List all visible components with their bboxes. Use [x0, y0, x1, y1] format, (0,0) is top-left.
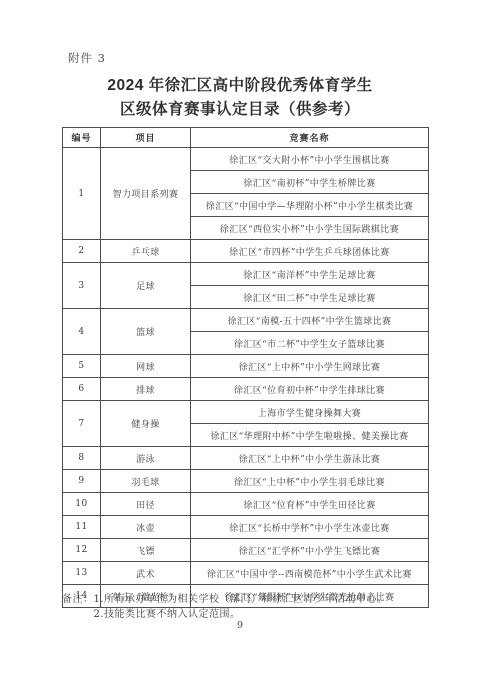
notes-label: 备注：	[62, 592, 94, 622]
competition-name-cell: 徐汇区“华理附中杯”中学生啦啦操、健美操比赛	[191, 424, 429, 447]
project-cell: 飞镖	[101, 539, 191, 562]
table-row: 1智力项目系列赛徐汇区“交大附小杯”中小学生围棋比赛	[63, 148, 429, 171]
competition-name-cell: 徐汇区“市四杯”中学生乒乓球团体比赛	[191, 240, 429, 263]
project-cell: 健身操	[101, 401, 191, 447]
competition-name-cell: 徐汇区“南洋杯”中学生足球比赛	[191, 263, 429, 286]
competition-name-cell: 徐汇区“汇学杯”中小学生飞镖比赛	[191, 539, 429, 562]
note-line: 1.所有承办单位为相关学校（部门）和徐汇区青少年活动中心。	[94, 592, 433, 607]
project-cell: 游泳	[101, 447, 191, 470]
page-number: 9	[0, 620, 480, 631]
project-cell: 网球	[101, 355, 191, 378]
row-number-cell: 10	[63, 493, 101, 516]
header-competition-name: 竞赛名称	[191, 128, 429, 148]
row-number-cell: 11	[63, 516, 101, 539]
competition-name-cell: 徐汇区“上中杯”中小学生游泳比赛	[191, 447, 429, 470]
competition-name-cell: 徐汇区“位育杯”中学生田径比赛	[191, 493, 429, 516]
competition-name-cell: 徐汇区“西位实小杯”中小学生国际跳棋比赛	[191, 217, 429, 240]
table-row: 11冰壶徐汇区“长桥中学杯”中小学生冰壶比赛	[63, 516, 429, 539]
competition-name-cell: 徐汇区“长桥中学杯”中小学生冰壶比赛	[191, 516, 429, 539]
competition-name-cell: 徐汇区“交大附小杯”中小学生围棋比赛	[191, 148, 429, 171]
notes-block: 备注： 1.所有承办单位为相关学校（部门）和徐汇区青少年活动中心。2.技能类比赛…	[62, 592, 432, 622]
competition-name-cell: 徐汇区“田二杯”中学生足球比赛	[191, 286, 429, 309]
catalog-table-body: 1智力项目系列赛徐汇区“交大附小杯”中小学生围棋比赛徐汇区“南初杯”中学生桥牌比…	[63, 148, 429, 608]
row-number-cell: 5	[63, 355, 101, 378]
table-row: 13武术徐汇区“中国中学--西南模范杯”中小学生武术比赛	[63, 562, 429, 585]
project-cell: 羽毛球	[101, 470, 191, 493]
row-number-cell: 7	[63, 401, 101, 447]
notes-list: 1.所有承办单位为相关学校（部门）和徐汇区青少年活动中心。2.技能类比赛不纳入认…	[94, 592, 433, 622]
row-number-cell: 12	[63, 539, 101, 562]
row-number-cell: 6	[63, 378, 101, 401]
row-number-cell: 3	[63, 263, 101, 309]
competition-name-cell: 徐汇区“市二杯”中学生女子篮球比赛	[191, 332, 429, 355]
project-cell: 冰壶	[101, 516, 191, 539]
table-header-row: 编号 项目 竞赛名称	[63, 128, 429, 148]
competition-name-cell: 上海市学生健身操舞大赛	[191, 401, 429, 424]
attachment-label: 附件 3	[68, 50, 106, 66]
table-row: 12飞镖徐汇区“汇学杯”中小学生飞镖比赛	[63, 539, 429, 562]
table-row: 2乒乓球徐汇区“市四杯”中学生乒乓球团体比赛	[63, 240, 429, 263]
document-title: 2024 年徐汇区高中阶段优秀体育学生 区级体育赛事认定目录（供参考）	[0, 74, 480, 122]
project-cell: 乒乓球	[101, 240, 191, 263]
row-number-cell: 13	[63, 562, 101, 585]
title-line-2: 区级体育赛事认定目录（供参考）	[0, 98, 480, 122]
document-page: 附件 3 2024 年徐汇区高中阶段优秀体育学生 区级体育赛事认定目录（供参考）…	[0, 0, 480, 679]
table-row: 10田径徐汇区“位育杯”中学生田径比赛	[63, 493, 429, 516]
project-cell: 篮球	[101, 309, 191, 355]
row-number-cell: 2	[63, 240, 101, 263]
competition-name-cell: 徐汇区“上中杯”中小学生羽毛球比赛	[191, 470, 429, 493]
table-row: 9羽毛球徐汇区“上中杯”中小学生羽毛球比赛	[63, 470, 429, 493]
competition-name-cell: 徐汇区“上中杯”中小学生网球比赛	[191, 355, 429, 378]
competition-name-cell: 徐汇区“南模-五十四杯”中学生篮球比赛	[191, 309, 429, 332]
table-row: 7健身操上海市学生健身操舞大赛	[63, 401, 429, 424]
row-number-cell: 4	[63, 309, 101, 355]
competition-name-cell: 徐汇区“南初杯”中学生桥牌比赛	[191, 171, 429, 194]
row-number-cell: 9	[63, 470, 101, 493]
project-cell: 武术	[101, 562, 191, 585]
title-line-1: 2024 年徐汇区高中阶段优秀体育学生	[0, 74, 480, 98]
table-row: 6排球徐汇区“位育初中杯”中学生排球比赛	[63, 378, 429, 401]
competition-name-cell: 徐汇区“中国中学—华理附小杯”中小学生棋类比赛	[191, 194, 429, 217]
header-project: 项目	[101, 128, 191, 148]
project-cell: 足球	[101, 263, 191, 309]
row-number-cell: 1	[63, 148, 101, 240]
competition-catalog-table: 编号 项目 竞赛名称 1智力项目系列赛徐汇区“交大附小杯”中小学生围棋比赛徐汇区…	[62, 127, 429, 608]
table-row: 3足球徐汇区“南洋杯”中学生足球比赛	[63, 263, 429, 286]
table-row: 5网球徐汇区“上中杯”中小学生网球比赛	[63, 355, 429, 378]
table-row: 4篮球徐汇区“南模-五十四杯”中学生篮球比赛	[63, 309, 429, 332]
header-number: 编号	[63, 128, 101, 148]
project-cell: 田径	[101, 493, 191, 516]
row-number-cell: 8	[63, 447, 101, 470]
table-row: 8游泳徐汇区“上中杯”中小学生游泳比赛	[63, 447, 429, 470]
project-cell: 智力项目系列赛	[101, 148, 191, 240]
project-cell: 排球	[101, 378, 191, 401]
competition-name-cell: 徐汇区“中国中学--西南模范杯”中小学生武术比赛	[191, 562, 429, 585]
competition-name-cell: 徐汇区“位育初中杯”中学生排球比赛	[191, 378, 429, 401]
